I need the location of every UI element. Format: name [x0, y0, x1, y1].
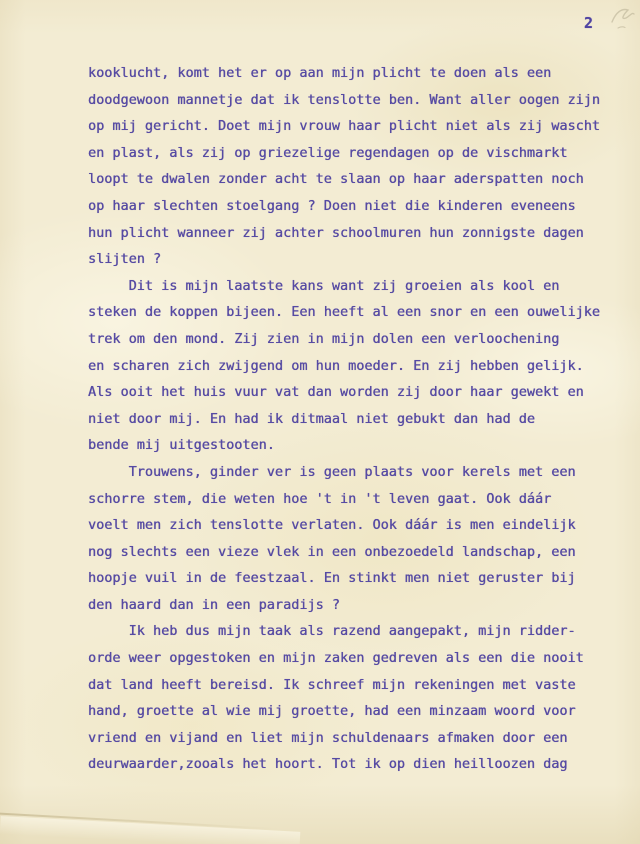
text-line: nog slechts een vieze vlek in een onbezo… [88, 539, 628, 566]
text-line: dat land heeft bereisd. Ik schreef mijn … [88, 672, 628, 699]
text-line: orde weer opgestoken en mijn zaken gedre… [88, 645, 628, 672]
manuscript-page: 2 kooklucht, komt het er op aan mijn pli… [0, 0, 640, 844]
text-line: doodgewoon mannetje dat ik tenslotte ben… [88, 87, 628, 114]
page-number: 2 [584, 14, 593, 32]
text-line: steken de koppen bijeen. Een heeft al ee… [88, 299, 628, 326]
text-line: den haard dan in een paradijs ? [88, 592, 628, 619]
typewritten-text: kooklucht, komt het er op aan mijn plich… [88, 60, 628, 778]
text-line: Ik heb dus mijn taak als razend aangepak… [88, 618, 628, 645]
text-line: hand, groette al wie mij groette, had ee… [88, 698, 628, 725]
text-line: voelt men zich tenslotte verlaten. Ook d… [88, 512, 628, 539]
text-line: Dit is mijn laatste kans want zij groeie… [88, 273, 628, 300]
text-line: slijten ? [88, 246, 628, 273]
text-line: loopt te dwalen zonder acht te slaan op … [88, 166, 628, 193]
text-line: hoopje vuil in de feestzaal. En stinkt m… [88, 565, 628, 592]
text-line: Als ooit het huis vuur vat dan worden zi… [88, 379, 628, 406]
text-line: kooklucht, komt het er op aan mijn plich… [88, 60, 628, 87]
text-line: op haar slechten stoelgang ? Doen niet d… [88, 193, 628, 220]
text-line: trek om den mond. Zij zien in mijn dolen… [88, 326, 628, 353]
text-line: hun plicht wanneer zij achter schoolmure… [88, 220, 628, 247]
text-line: niet door mij. En had ik ditmaal niet ge… [88, 406, 628, 433]
text-line: en plast, als zij op griezelige regendag… [88, 140, 628, 167]
text-line: Trouwens, ginder ver is geen plaats voor… [88, 459, 628, 486]
text-line: bende mij uitgestooten. [88, 432, 628, 459]
text-line: op mij gericht. Doet mijn vrouw haar pli… [88, 113, 628, 140]
text-line: deurwaarder,zooals het hoort. Tot ik op … [88, 751, 628, 778]
text-line: vriend en vijand en liet mijn schuldenaa… [88, 725, 628, 752]
text-line: schorre stem, die weten hoe 't in 't lev… [88, 486, 628, 513]
pencil-mark [606, 2, 640, 36]
text-line: en scharen zich zwijgend om hun moeder. … [88, 353, 628, 380]
